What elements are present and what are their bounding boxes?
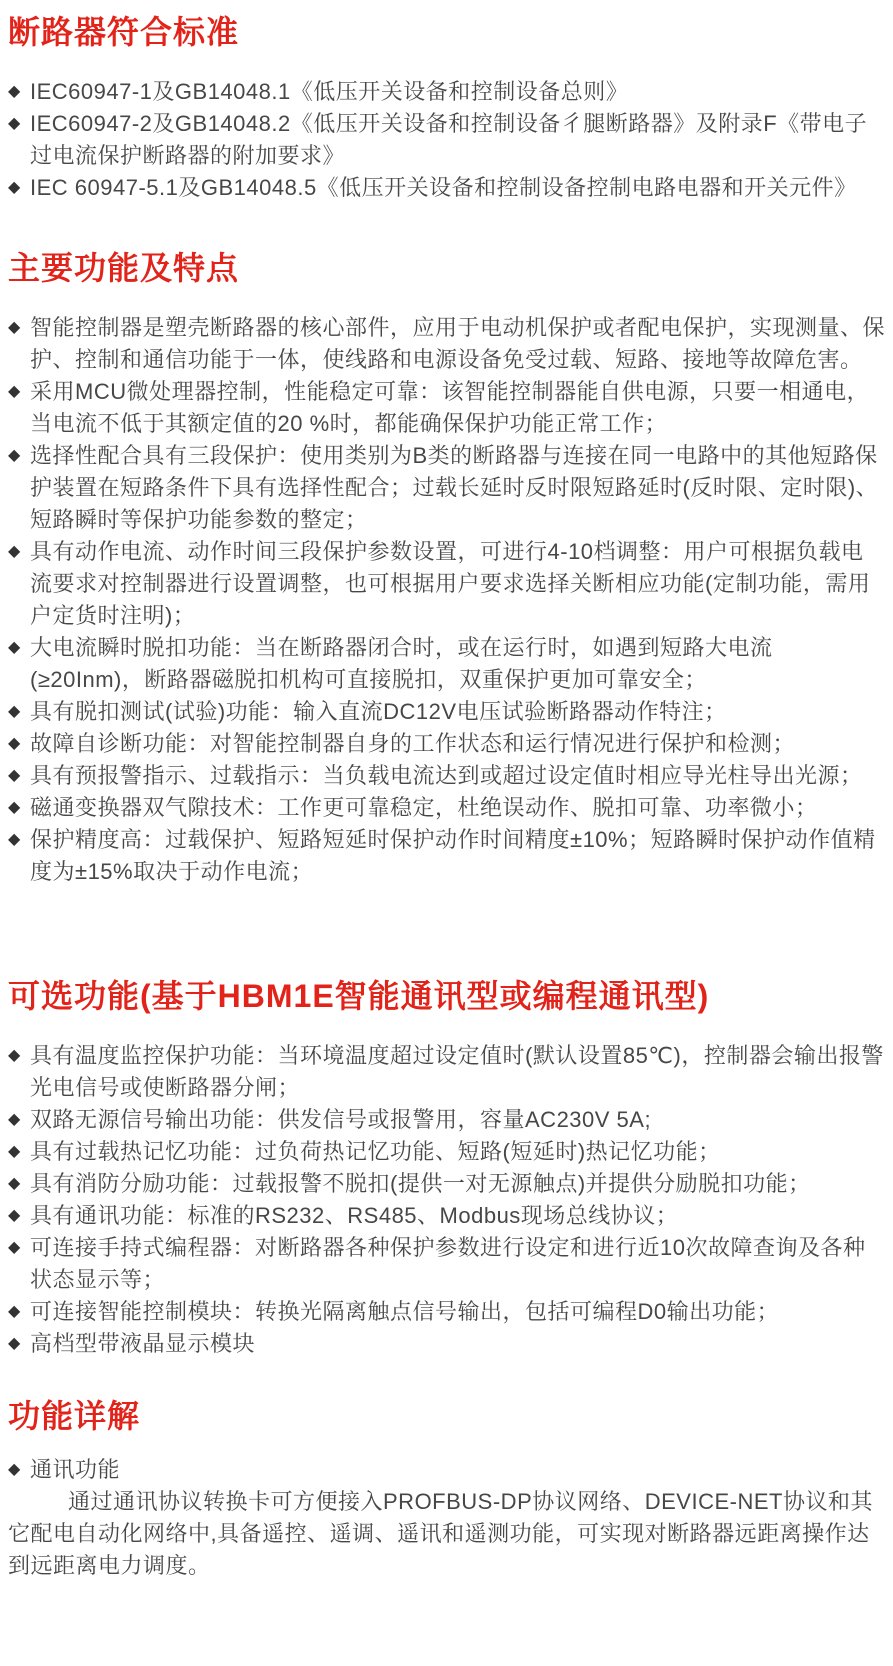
list-item: ◆ 具有动作电流、动作时间三段保护参数设置，可进行4-10档调整：用户可根据负载…: [8, 536, 885, 632]
diamond-bullet-icon: ◆: [8, 1296, 30, 1328]
list-item-text: 故障自诊断功能：对智能控制器自身的工作状态和运行情况进行保护和检测；: [30, 728, 885, 760]
list-item-text: 保护精度高：过载保护、短路短延时保护动作时间精度±10%；短路瞬时保护动作值精度…: [30, 824, 885, 888]
list-item: ◆ 具有预报警指示、过载指示：当负载电流达到或超过设定值时相应导光柱导出光源；: [8, 760, 885, 792]
list-item: ◆ 保护精度高：过载保护、短路短延时保护动作时间精度±10%；短路瞬时保护动作值…: [8, 824, 885, 888]
communication-paragraph: 通过通讯协议转换卡可方便接入PROFBUS-DP协议网络、DEVICE-NET协…: [8, 1486, 885, 1582]
section-heading-standards: 断路器符合标准: [8, 12, 885, 52]
list-item-text: 可连接手持式编程器：对断路器各种保护参数进行设定和进行近10次故障查询及各种状态…: [30, 1232, 885, 1296]
diamond-bullet-icon: ◆: [8, 1200, 30, 1232]
list-item-text: 具有通讯功能：标准的RS232、RS485、Modbus现场总线协议；: [30, 1200, 885, 1232]
list-item-text: 高档型带液晶显示模块: [30, 1328, 885, 1360]
list-item: ◆ 高档型带液晶显示模块: [8, 1328, 885, 1360]
section-standards: 断路器符合标准 ◆ IEC60947-1及GB14048.1《低压开关设备和控制…: [8, 12, 885, 204]
list-item-text: 具有脱扣测试(试验)功能：输入直流DC12V电压试验断路器动作特注；: [30, 696, 885, 728]
section-heading-details: 功能详解: [8, 1396, 885, 1436]
diamond-bullet-icon: ◆: [8, 536, 30, 568]
list-item-text: 具有过载热记忆功能：过负荷热记忆功能、短路(短延时)热记忆功能；: [30, 1136, 885, 1168]
diamond-bullet-icon: ◆: [8, 76, 30, 108]
standards-bullet-list: ◆ IEC60947-1及GB14048.1《低压开关设备和控制设备总则》 ◆ …: [8, 76, 885, 204]
list-item: ◆ 选择性配合具有三段保护：使用类别为B类的断路器与连接在同一电路中的其他短路保…: [8, 440, 885, 536]
diamond-bullet-icon: ◆: [8, 728, 30, 760]
list-item-text: 通讯功能: [30, 1454, 885, 1486]
diamond-bullet-icon: ◆: [8, 1454, 30, 1486]
diamond-bullet-icon: ◆: [8, 696, 30, 728]
list-item-text: 具有消防分励功能：过载报警不脱扣(提供一对无源触点)并提供分励脱扣功能；: [30, 1168, 885, 1200]
list-item: ◆ 可连接智能控制模块：转换光隔离触点信号输出，包括可编程D0输出功能；: [8, 1296, 885, 1328]
list-item-text: 采用MCU微处理器控制，性能稳定可靠：该智能控制器能自供电源，只要一相通电，当电…: [30, 376, 885, 440]
list-item: ◆ 具有通讯功能：标准的RS232、RS485、Modbus现场总线协议；: [8, 1200, 885, 1232]
diamond-bullet-icon: ◆: [8, 440, 30, 472]
list-item: ◆ 通讯功能: [8, 1454, 885, 1486]
list-item: ◆ 大电流瞬时脱扣功能：当在断路器闭合时，或在运行时，如遇到短路大电流(≥20I…: [8, 632, 885, 696]
list-item-text: 磁通变换器双气隙技术：工作更可靠稳定，杜绝误动作、脱扣可靠、功率微小；: [30, 792, 885, 824]
list-item: ◆ 智能控制器是塑壳断路器的核心部件，应用于电动机保护或者配电保护，实现测量、保…: [8, 312, 885, 376]
section-heading-optional: 可选功能(基于HBM1E智能通讯型或编程通讯型): [8, 976, 885, 1016]
catalog-page: 断路器符合标准 ◆ IEC60947-1及GB14048.1《低压开关设备和控制…: [0, 0, 893, 1582]
diamond-bullet-icon: ◆: [8, 1136, 30, 1168]
section-features: 主要功能及特点 ◆ 智能控制器是塑壳断路器的核心部件，应用于电动机保护或者配电保…: [8, 248, 885, 888]
diamond-bullet-icon: ◆: [8, 1328, 30, 1360]
list-item: ◆ 故障自诊断功能：对智能控制器自身的工作状态和运行情况进行保护和检测；: [8, 728, 885, 760]
list-item: ◆ 具有消防分励功能：过载报警不脱扣(提供一对无源触点)并提供分励脱扣功能；: [8, 1168, 885, 1200]
list-item: ◆ IEC60947-2及GB14048.2《低压开关设备和控制设备彳腿断路器》…: [8, 108, 885, 172]
list-item-text: 大电流瞬时脱扣功能：当在断路器闭合时，或在运行时，如遇到短路大电流(≥20Inm…: [30, 632, 885, 696]
list-item: ◆ 可连接手持式编程器：对断路器各种保护参数进行设定和进行近10次故障查询及各种…: [8, 1232, 885, 1296]
list-item-text: 选择性配合具有三段保护：使用类别为B类的断路器与连接在同一电路中的其他短路保护装…: [30, 440, 885, 536]
list-item-text: IEC60947-2及GB14048.2《低压开关设备和控制设备彳腿断路器》及附…: [30, 108, 885, 172]
diamond-bullet-icon: ◆: [8, 1104, 30, 1136]
list-item-text: IEC 60947-5.1及GB14048.5《低压开关设备和控制设备控制电路电…: [30, 172, 885, 204]
list-item: ◆ 具有脱扣测试(试验)功能：输入直流DC12V电压试验断路器动作特注；: [8, 696, 885, 728]
diamond-bullet-icon: ◆: [8, 108, 30, 140]
diamond-bullet-icon: ◆: [8, 1040, 30, 1072]
diamond-bullet-icon: ◆: [8, 760, 30, 792]
list-item: ◆ 具有温度监控保护功能：当环境温度超过设定值时(默认设置85℃)，控制器会输出…: [8, 1040, 885, 1104]
list-item: ◆ 双路无源信号输出功能：供发信号或报警用，容量AC230V 5A;: [8, 1104, 885, 1136]
section-heading-features: 主要功能及特点: [8, 248, 885, 288]
list-item-text: 具有预报警指示、过载指示：当负载电流达到或超过设定值时相应导光柱导出光源；: [30, 760, 885, 792]
diamond-bullet-icon: ◆: [8, 824, 30, 856]
diamond-bullet-icon: ◆: [8, 312, 30, 344]
section-optional-functions: 可选功能(基于HBM1E智能通讯型或编程通讯型) ◆ 具有温度监控保护功能：当环…: [8, 976, 885, 1360]
details-bullet-list: ◆ 通讯功能: [8, 1454, 885, 1486]
diamond-bullet-icon: ◆: [8, 792, 30, 824]
list-item: ◆ 采用MCU微处理器控制，性能稳定可靠：该智能控制器能自供电源，只要一相通电，…: [8, 376, 885, 440]
list-item: ◆ 具有过载热记忆功能：过负荷热记忆功能、短路(短延时)热记忆功能；: [8, 1136, 885, 1168]
diamond-bullet-icon: ◆: [8, 172, 30, 204]
diamond-bullet-icon: ◆: [8, 376, 30, 408]
optional-bullet-list: ◆ 具有温度监控保护功能：当环境温度超过设定值时(默认设置85℃)，控制器会输出…: [8, 1040, 885, 1360]
list-item-text: 具有动作电流、动作时间三段保护参数设置，可进行4-10档调整：用户可根据负载电流…: [30, 536, 885, 632]
list-item: ◆ 磁通变换器双气隙技术：工作更可靠稳定，杜绝误动作、脱扣可靠、功率微小；: [8, 792, 885, 824]
list-item-text: IEC60947-1及GB14048.1《低压开关设备和控制设备总则》: [30, 76, 885, 108]
list-item-text: 可连接智能控制模块：转换光隔离触点信号输出，包括可编程D0输出功能；: [30, 1296, 885, 1328]
list-item-text: 智能控制器是塑壳断路器的核心部件，应用于电动机保护或者配电保护，实现测量、保护、…: [30, 312, 885, 376]
diamond-bullet-icon: ◆: [8, 632, 30, 664]
features-bullet-list: ◆ 智能控制器是塑壳断路器的核心部件，应用于电动机保护或者配电保护，实现测量、保…: [8, 312, 885, 888]
section-function-details: 功能详解 ◆ 通讯功能 通过通讯协议转换卡可方便接入PROFBUS-DP协议网络…: [8, 1396, 885, 1582]
list-item: ◆ IEC 60947-5.1及GB14048.5《低压开关设备和控制设备控制电…: [8, 172, 885, 204]
diamond-bullet-icon: ◆: [8, 1168, 30, 1200]
diamond-bullet-icon: ◆: [8, 1232, 30, 1264]
list-item-text: 双路无源信号输出功能：供发信号或报警用，容量AC230V 5A;: [30, 1104, 885, 1136]
list-item: ◆ IEC60947-1及GB14048.1《低压开关设备和控制设备总则》: [8, 76, 885, 108]
list-item-text: 具有温度监控保护功能：当环境温度超过设定值时(默认设置85℃)，控制器会输出报警…: [30, 1040, 885, 1104]
